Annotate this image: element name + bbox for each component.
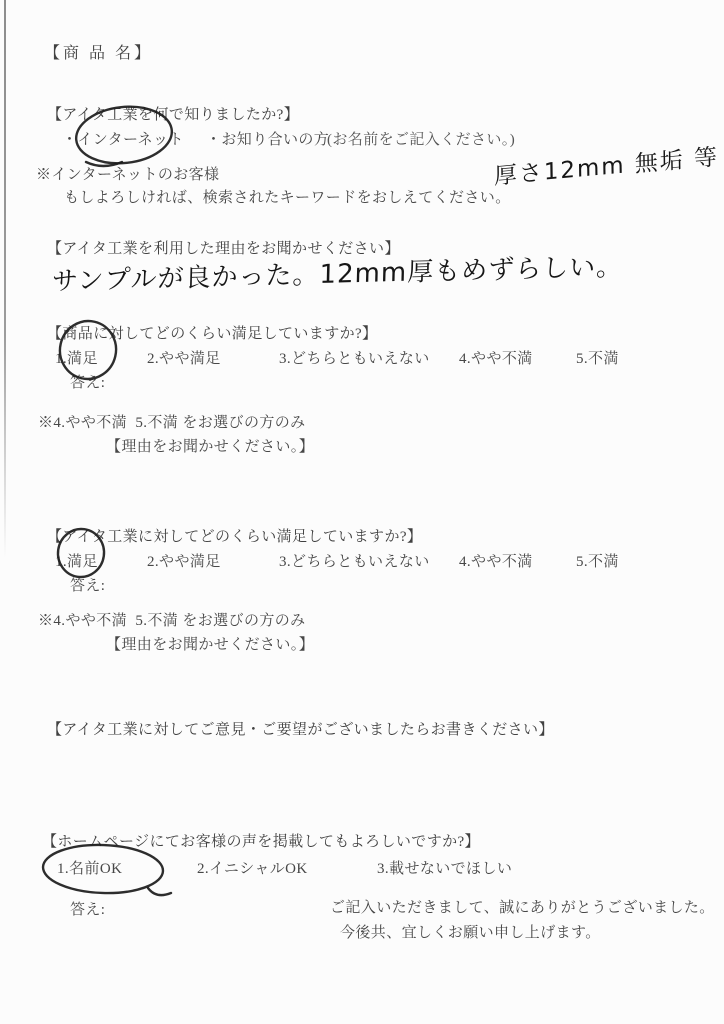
q-company-option-2: 2.やや満足 bbox=[147, 553, 221, 571]
q-product-option-4: 4.やや不満 bbox=[459, 350, 533, 368]
closing-thanks-line1: ご記入いただきまして、誠にありがとうございました。 bbox=[330, 899, 715, 917]
internet-note-line1: ※インターネットのお客様 bbox=[36, 166, 219, 184]
q-source-option-acquaintance: ・お知り合いの方 bbox=[206, 131, 329, 149]
q-product-dissatisfied-note-line1: ※4.やや不満 5.不満 をお選びの方のみ bbox=[38, 414, 306, 432]
scanned-questionnaire-page: 【商 品 名】 【アイタ工業を何で知りましたか?】 ・インターネット ・お知り合… bbox=[0, 0, 724, 1024]
q-product-option-5: 5.不満 bbox=[576, 350, 619, 368]
pen-tail-publish-circle bbox=[148, 888, 171, 895]
handwritten-keywords-answer: 厚さ12mm 無垢 等 bbox=[494, 138, 719, 191]
q-product-option-3: 3.どちらともいえない bbox=[279, 350, 430, 368]
q-source-name-note: (お名前をご記入ください。) bbox=[327, 131, 515, 149]
q-product-option-2: 2.やや満足 bbox=[147, 350, 221, 368]
q-publish-option-3: 3.載せないでほしい bbox=[377, 860, 512, 878]
q-product-satisfaction-title: 【商品に対してどのくらい満足していますか?】 bbox=[47, 325, 377, 343]
q-publish-answer-label: 答え: bbox=[70, 901, 105, 919]
q-publish-option-1: 1.名前OK bbox=[57, 860, 122, 878]
q-company-option-5: 5.不満 bbox=[576, 553, 619, 571]
q-product-answer-label: 答え: bbox=[70, 374, 105, 392]
q-feedback-title: 【アイタ工業に対してご意見・ご要望がございましたらお書きください】 bbox=[47, 721, 554, 739]
q-company-option-3: 3.どちらともいえない bbox=[279, 553, 430, 571]
q-company-dissatisfied-note-line1: ※4.やや不満 5.不満 をお選びの方のみ bbox=[38, 612, 306, 630]
closing-thanks-line2: 今後共、宜しくお願い申し上げます。 bbox=[340, 924, 601, 942]
q-company-option-1: 1.満足 bbox=[55, 553, 98, 571]
q-company-satisfaction-title: 【アイタ工業に対してどのくらい満足していますか?】 bbox=[47, 528, 422, 546]
q-product-option-1: 1.満足 bbox=[55, 350, 98, 368]
q-publish-option-2: 2.イニシャルOK bbox=[197, 860, 308, 878]
q-source-option-internet: ・インターネット bbox=[62, 131, 184, 149]
q-company-option-4: 4.やや不満 bbox=[459, 553, 533, 571]
q-company-dissatisfied-note-line2: 【理由をお聞かせください。】 bbox=[106, 636, 314, 654]
internet-note-line2: もしよろしければ、検索されたキーワードをおしえてください。 bbox=[64, 189, 511, 207]
q-company-answer-label: 答え: bbox=[70, 577, 105, 595]
q-product-dissatisfied-note-line2: 【理由をお聞かせください。】 bbox=[106, 438, 314, 456]
q-source-title: 【アイタ工業を何で知りましたか?】 bbox=[47, 106, 299, 124]
product-name-label: 【商 品 名】 bbox=[44, 44, 153, 63]
scan-edge-artifact bbox=[4, 0, 6, 558]
q-publish-title: 【ホームページにてお客様の声を掲載してもよろしいですか?】 bbox=[42, 833, 480, 851]
